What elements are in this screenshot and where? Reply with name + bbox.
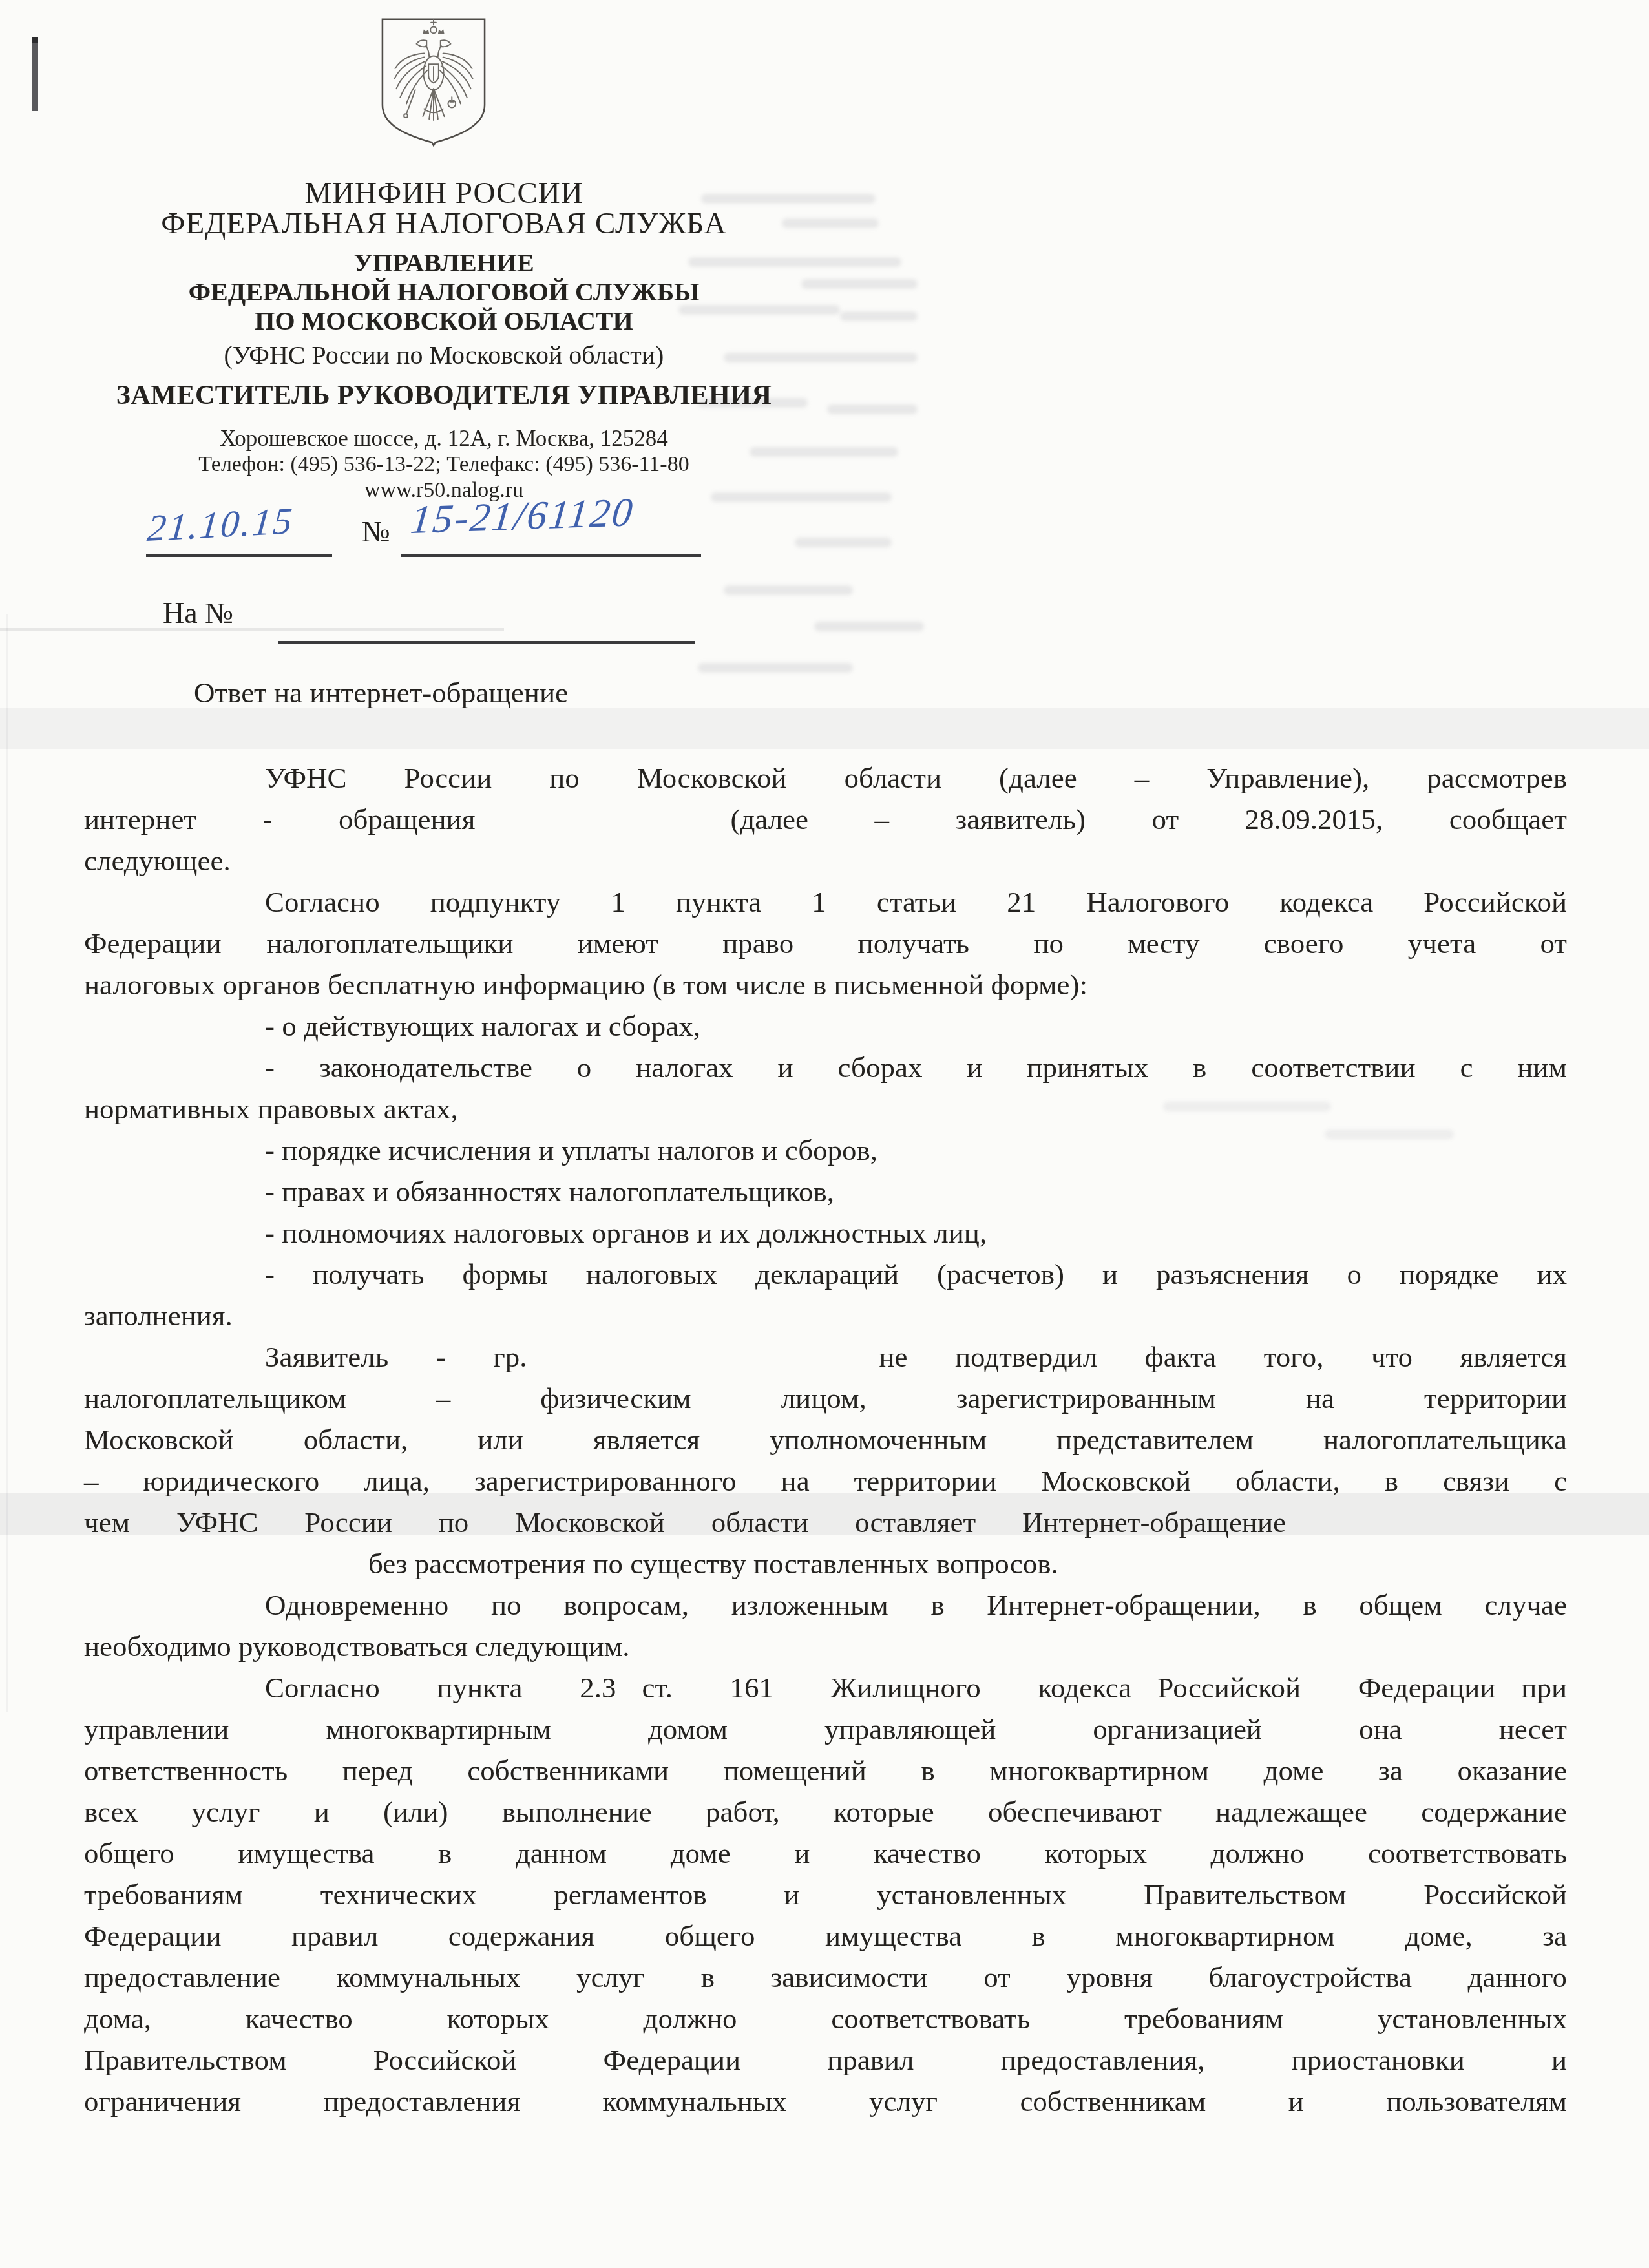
body-text: предоставление коммунальных услуг в зави… (84, 1961, 1567, 1993)
body-text: заполнения. (84, 1299, 233, 1332)
body-text: требованиям технических регламентов и ус… (84, 1878, 1567, 1911)
redacted-gap (222, 952, 267, 953)
body-text: при (1521, 1672, 1567, 1704)
body-line: - о действующих налогах и сборах, (84, 1005, 1567, 1047)
body-text: Согласно подпункту 1 пункта 1 статьи 21 … (265, 886, 1567, 918)
body-text: - получать формы налоговых деклараций (р… (265, 1258, 1567, 1290)
body-line: предоставление коммунальных услуг в зави… (84, 1957, 1567, 1998)
body-text: Российской Федерации (1157, 1672, 1495, 1704)
body-line: нормативных правовых актах, (84, 1088, 1567, 1129)
body-text: управлении многоквартирным домом управля… (84, 1713, 1567, 1745)
body-text: ограничения предоставления коммунальных … (84, 2085, 1567, 2117)
body-line: общего имущества в данном доме и качеств… (84, 1832, 1567, 1874)
body-line: всех услуг и (или) выполнение работ, кот… (84, 1791, 1567, 1832)
handwritten-date: 21.10.15 (145, 499, 296, 550)
handwritten-outgoing-number: 15-21/61120 (408, 490, 636, 543)
body-text: - порядке исчисления и уплаты налогов и … (265, 1134, 877, 1166)
body-line: чем УФНС России по Московской области ос… (84, 1502, 1567, 1543)
body-text: (далее – заявитель) от 28.09.2015, сообщ… (730, 803, 1567, 835)
body-text: Заявитель - гр. (265, 1341, 527, 1373)
letterhead: МИНФИН РОССИИ ФЕДЕРАЛЬНАЯ НАЛОГОВАЯ СЛУЖ… (83, 178, 805, 503)
org-name-line: УПРАВЛЕНИЕ (83, 248, 805, 277)
body-text: всех услуг и (или) выполнение работ, кот… (84, 1796, 1567, 1828)
paragraph-indent (84, 1283, 265, 1284)
body-text: Московской области, или является уполном… (84, 1423, 1567, 1456)
bleedthrough-mark (840, 311, 918, 321)
body-line: без рассмотрения по существу поставленны… (84, 1543, 1567, 1584)
redacted-gap (616, 1696, 642, 1697)
body-line: требованиям технических регламентов и ус… (84, 1874, 1567, 1915)
body-text: налоговых органов бесплатную информацию … (84, 969, 1087, 1001)
incoming-number-label: На № (163, 596, 233, 630)
bleedthrough-mark (814, 622, 924, 631)
body-line: УФНС России по Московской области (далее… (84, 757, 1567, 799)
body-text: необходимо руководствоваться следующим. (84, 1630, 629, 1663)
org-name-line: ПО МОСКОВСКОЙ ОБЛАСТИ (83, 306, 805, 335)
body-line: следующее. (84, 840, 1567, 881)
body-text: Федерации (84, 927, 222, 960)
body-text: – юридического лица, зарегистрированного… (84, 1465, 1567, 1497)
redacted-gap (475, 828, 730, 829)
body-text: Одновременно по вопросам, изложенным в И… (265, 1589, 1567, 1621)
scan-streak (0, 628, 504, 631)
incoming-number-underline (278, 641, 695, 644)
phone-line: Телефон: (495) 536-13-22; Телефакс: (495… (83, 452, 805, 478)
subject-line: Ответ на интернет-обращение (194, 676, 568, 709)
body-line: - правах и обязанностях налогоплательщик… (84, 1171, 1567, 1212)
body-text: налогоплательщиком – физическим лицом, з… (84, 1382, 1567, 1414)
body-text: Согласно пункта 2.3 (265, 1672, 616, 1704)
body-text: общего имущества в данном доме и качеств… (84, 1837, 1567, 1869)
number-underline (401, 554, 701, 557)
body-line: ответственность перед собственниками пом… (84, 1750, 1567, 1791)
body-line: Согласно подпункту 1 пункта 1 статьи 21 … (84, 881, 1567, 923)
body-line: Правительством Российской Федерации прав… (84, 2039, 1567, 2081)
body-text: дома, качество которых должно соответств… (84, 2002, 1567, 2035)
body-text: ответственность перед собственниками пом… (84, 1754, 1567, 1787)
paragraph-indent (84, 1613, 265, 1615)
address-line: Хорошевское шоссе, д. 12А, г. Москва, 12… (83, 426, 805, 452)
body-line: интернет - обращения(далее – заявитель) … (84, 799, 1567, 840)
redacted-gap (527, 1365, 879, 1367)
body-line: Федерацииналогоплательщики имеют право п… (84, 923, 1567, 964)
body-text: нормативных правовых актах, (84, 1093, 458, 1125)
number-sign: № (362, 514, 390, 549)
body-line: дома, качество которых должно соответств… (84, 1998, 1567, 2039)
body-text: следующее. (84, 845, 231, 877)
paragraph-indent (84, 786, 265, 788)
body-line: Одновременно по вопросам, изложенным в И… (84, 1584, 1567, 1626)
paragraph-indent (84, 1159, 265, 1160)
body-text: не подтвердил факта того, что является (879, 1341, 1567, 1373)
body-text: чем УФНС России по Московской области ос… (84, 1506, 1286, 1538)
paragraph-indent (84, 910, 265, 912)
body-text: - полномочиях налоговых органов и их дол… (265, 1217, 987, 1249)
body-line: - законодательстве о налогах и сборах и … (84, 1047, 1567, 1088)
body-line: - порядке исчисления и уплаты налогов и … (84, 1129, 1567, 1171)
body-text: Федерации правил содержания общего имуще… (84, 1920, 1567, 1952)
body-text: - законодательстве о налогах и сборах и … (265, 1051, 1567, 1084)
redacted-gap (1131, 1696, 1157, 1697)
body-line: управлении многоквартирным домом управля… (84, 1708, 1567, 1750)
bleedthrough-mark (795, 538, 892, 547)
paragraph-indent (84, 1200, 265, 1201)
body-line: – юридического лица, зарегистрированного… (84, 1460, 1567, 1502)
paragraph-indent (84, 1241, 265, 1243)
redacted-gap (1286, 1531, 1567, 1532)
bleedthrough-mark (724, 585, 853, 595)
body-text: - правах и обязанностях налогоплательщик… (265, 1175, 834, 1208)
body-line: - полномочиях налоговых органов и их дол… (84, 1212, 1567, 1254)
bleedthrough-mark (827, 404, 918, 414)
org-name-line: МИНФИН РОССИИ (83, 178, 805, 209)
scanned-letter-page: МИНФИН РОССИИ ФЕДЕРАЛЬНАЯ НАЛОГОВАЯ СЛУЖ… (0, 0, 1649, 2268)
org-short-name: (УФНС России по Московской области) (83, 341, 805, 370)
body-line: Московской области, или является уполном… (84, 1419, 1567, 1460)
body-line: необходимо руководствоваться следующим. (84, 1626, 1567, 1667)
date-underline (146, 554, 332, 557)
body-text: налогоплательщики имеют право получать п… (267, 927, 1567, 960)
bleedthrough-mark (801, 279, 918, 289)
body-text: - о действующих налогах и сборах, (265, 1010, 700, 1042)
redacted-gap (84, 1572, 368, 1573)
body-line: Согласно пункта 2.3ст. 161 Жилищного код… (84, 1667, 1567, 1708)
scanner-band (0, 708, 1649, 749)
body-line: налоговых органов бесплатную информацию … (84, 964, 1567, 1005)
org-name-line: ФЕДЕРАЛЬНАЯ НАЛОГОВАЯ СЛУЖБА (83, 209, 805, 239)
body: УФНС России по Московской области (далее… (84, 757, 1567, 2122)
body-text: без рассмотрения по существу поставленны… (368, 1548, 1058, 1580)
scan-streak (6, 614, 8, 1712)
body-line: Федерации правил содержания общего имуще… (84, 1915, 1567, 1957)
double-headed-eagle-icon (372, 14, 495, 147)
body-line: - получать формы налоговых деклараций (р… (84, 1254, 1567, 1295)
position-title: ЗАМЕСТИТЕЛЬ РУКОВОДИТЕЛЯ УПРАВЛЕНИЯ (83, 381, 805, 411)
body-line: Заявитель - гр.не подтвердил факта того,… (84, 1336, 1567, 1378)
paragraph-indent (84, 1034, 265, 1036)
scan-artifact-bar (32, 40, 38, 111)
paragraph-indent (84, 1076, 265, 1077)
bleedthrough-mark (698, 663, 853, 673)
body-text: интернет - обращения (84, 803, 475, 835)
body-line: ограничения предоставления коммунальных … (84, 2081, 1567, 2122)
body-text: ст. 161 Жилищного кодекса (642, 1672, 1131, 1704)
body-text: Правительством Российской Федерации прав… (84, 2044, 1567, 2076)
body-text: УФНС России по Московской области (далее… (265, 762, 1567, 794)
paragraph-indent (84, 1696, 265, 1697)
org-name-line: ФЕДЕРАЛЬНОЙ НАЛОГОВОЙ СЛУЖБЫ (83, 277, 805, 306)
coat-of-arms-emblem (372, 14, 495, 147)
redacted-gap (1495, 1696, 1521, 1697)
body-line: заполнения. (84, 1295, 1567, 1336)
paragraph-indent (84, 1365, 265, 1367)
body-line: налогоплательщиком – физическим лицом, з… (84, 1378, 1567, 1419)
